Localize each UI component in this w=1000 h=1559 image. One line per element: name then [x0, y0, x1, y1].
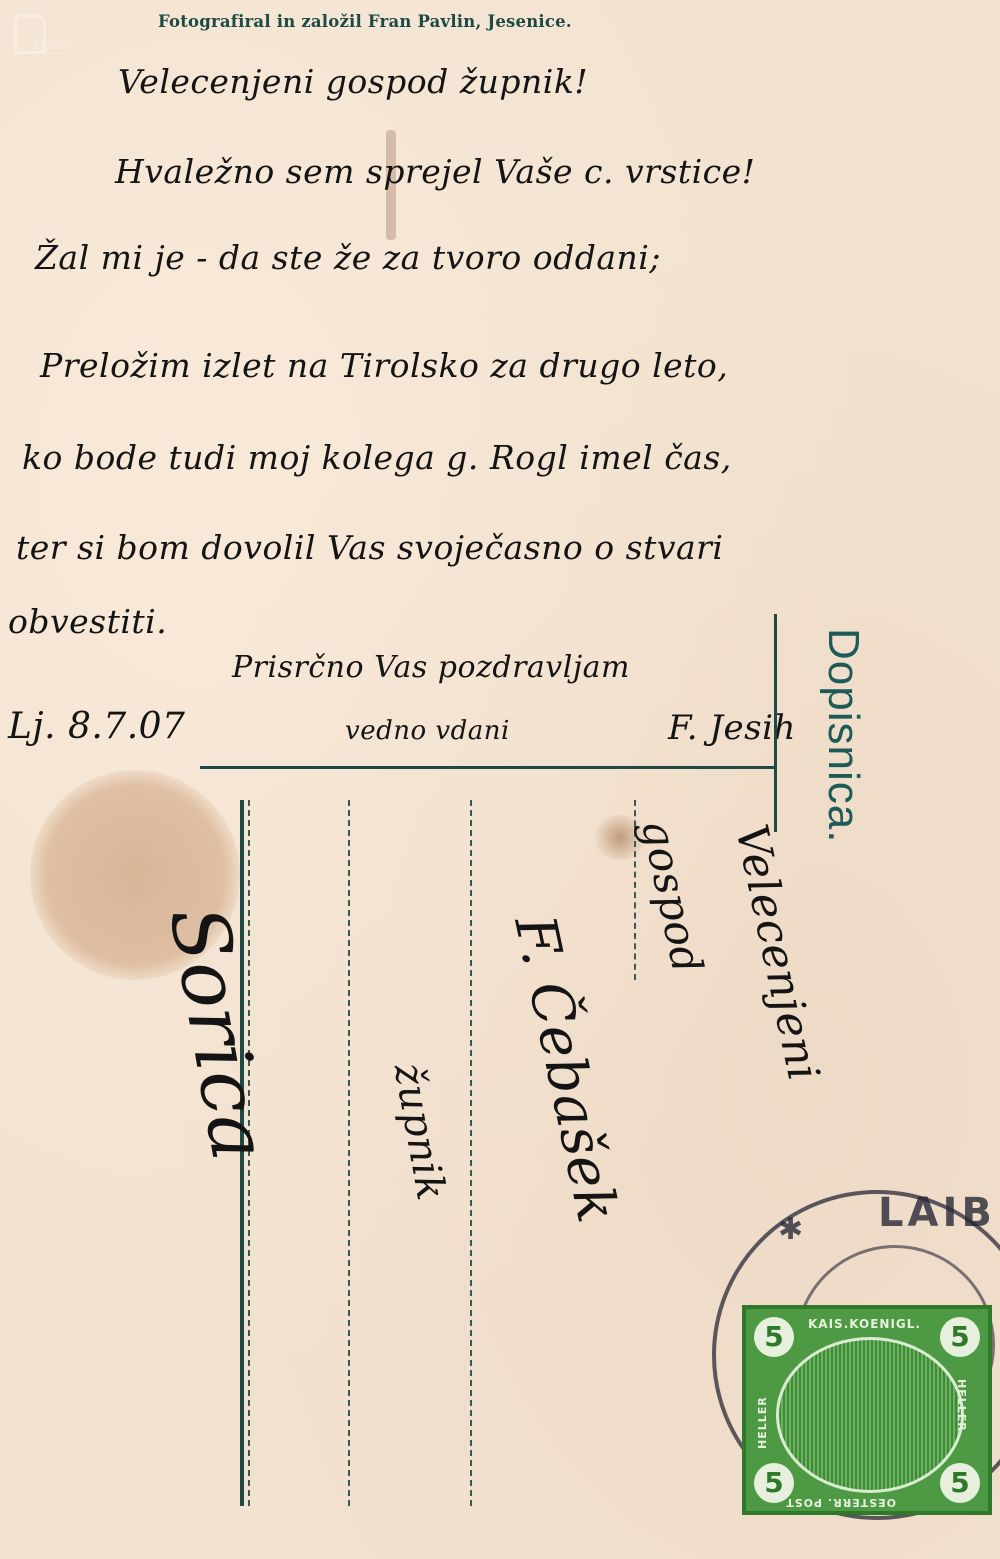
postcard: kamra Fotografiral in založil Fran Pavli…	[0, 0, 1000, 1559]
address-dotted-line-2	[348, 800, 350, 1506]
message-line-4: Preložim izlet na Tirolsko za drugo leto…	[40, 346, 728, 385]
address-line-2: gospod	[632, 815, 712, 978]
postmark-city: LAIB	[878, 1190, 996, 1236]
publisher-line: Fotografiral in založil Fran Pavlin, Jes…	[158, 12, 572, 31]
message-line-5: ko bode tudi moj kolega g. Rogl imel čas…	[22, 438, 732, 477]
place-date: Lj. 8.7.07	[8, 706, 185, 747]
stamp-value-bottom-right: 5	[940, 1463, 980, 1503]
address-line-3: F. Čebašek	[501, 910, 629, 1228]
kamra-watermark: kamra	[12, 12, 72, 56]
message-line-1: Velecenjeni gospod župnik!	[118, 62, 588, 101]
horizontal-rule	[200, 766, 775, 769]
message-line-6: ter si bom dovolil Vas svoječasno o stva…	[16, 528, 723, 567]
stamp-value-top-left: 5	[754, 1317, 794, 1357]
address-line-1: Velecenjeni	[725, 820, 829, 1085]
stamp-eagle-emblem-icon	[776, 1337, 964, 1493]
stamp-right-text: HELLER	[955, 1379, 968, 1432]
postmark-star-icon: ✱	[778, 1212, 803, 1247]
message-line-7: obvestiti.	[8, 602, 167, 641]
stamp-top-text: KAIS.KOENIGL.	[808, 1317, 921, 1331]
stamp-left-text: HELLER	[756, 1396, 769, 1449]
address-dotted-line-3	[470, 800, 472, 1506]
closing-vdani: vedno vdani	[345, 716, 510, 746]
address-destination: Sorica	[151, 900, 284, 1168]
closing-text: Prisrčno Vas pozdravljam	[232, 650, 630, 685]
stamp-value-top-right: 5	[940, 1317, 980, 1357]
vertical-divider-rule	[774, 614, 777, 832]
postage-stamp: 5 5 5 5 KAIS.KOENIGL. HELLER HELLER OEST…	[742, 1305, 992, 1515]
dopisnica-title: Dopisnica.	[818, 628, 868, 843]
message-line-2: Hvaležno sem sprejel Vaše c. vrstice!	[115, 152, 755, 191]
stamp-bottom-text: OESTERR. POST	[785, 1496, 896, 1509]
watermark-label: kamra	[32, 38, 74, 53]
message-line-3: Žal mi je - da ste že za tvoro oddani;	[35, 238, 661, 277]
address-line-4: župnik	[385, 1060, 454, 1204]
